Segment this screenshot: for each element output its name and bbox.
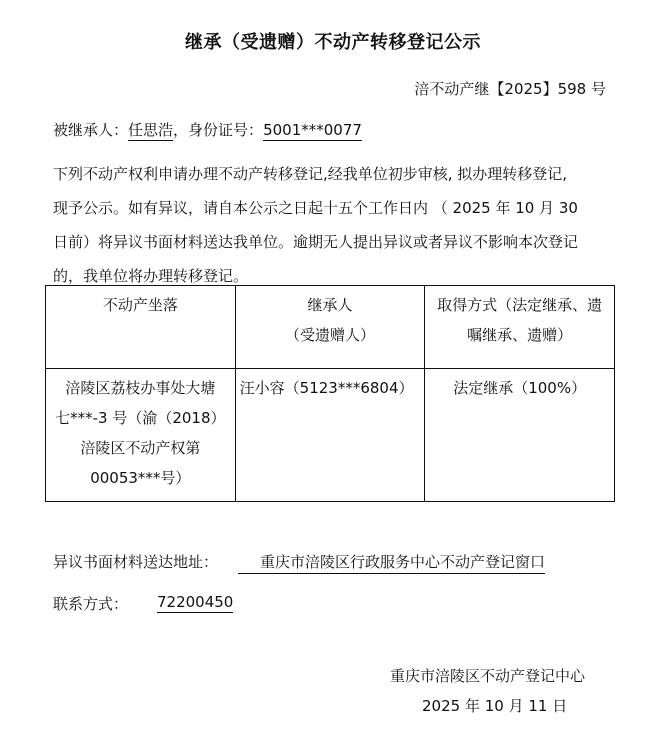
cell-text: 涪陵区荔枝办事处大塘 [50, 373, 231, 403]
cell-text: 汪小容（5123***6804） [240, 373, 421, 403]
decedent-id-number: 5001***0077 [263, 121, 362, 141]
objection-address-value: 重庆市涪陵区行政服务中心不动产登记窗口 [238, 551, 545, 574]
header-text: 嘱继承、遗赠） [429, 320, 610, 350]
paragraph-line: 日前）将异议书面材料送达我单位。逾期无人提出异议或者异议不影响本次登记 [53, 225, 613, 259]
header-heir: 继承人 （受遗赠人） [235, 286, 425, 369]
header-acquisition-method: 取得方式（法定继承、遗 嘱继承、遗赠） [425, 286, 615, 369]
cell-text: 涪陵区不动产权第 [50, 433, 231, 463]
cell-location: 涪陵区荔枝办事处大塘 七***-3 号（渝（2018） 涪陵区不动产权第 000… [46, 369, 236, 502]
issuing-organization: 重庆市涪陵区不动产登记中心 [390, 665, 585, 686]
header-location: 不动产坐落 [46, 286, 236, 369]
registration-table: 不动产坐落 继承人 （受遗赠人） 取得方式（法定继承、遗 嘱继承、遗赠） 涪陵区… [45, 285, 615, 502]
cell-acquisition: 法定继承（100%） [425, 369, 615, 502]
table-header-row: 不动产坐落 继承人 （受遗赠人） 取得方式（法定继承、遗 嘱继承、遗赠） [46, 286, 615, 369]
id-label: 身份证号： [188, 121, 263, 139]
cell-heir: 汪小容（5123***6804） [235, 369, 425, 502]
document-title: 继承（受遗赠）不动产转移登记公示 [0, 28, 666, 54]
separator: ， [173, 121, 188, 139]
notice-paragraph: 下列不动产权利申请办理不动产转移登记,经我单位初步审核, 拟办理转移登记, 现予… [53, 157, 613, 293]
paragraph-line: 现予公示。如有异议，请自本公示之日起十五个工作日内 （ 2025 年 10 月 … [53, 191, 613, 225]
contact-phone: 72200450 [157, 593, 233, 613]
paragraph-line: 下列不动产权利申请办理不动产转移登记,经我单位初步审核, 拟办理转移登记, [53, 157, 613, 191]
decedent-name: 任思浩 [128, 121, 173, 141]
document-number: 涪不动产继【2025】598 号 [414, 78, 606, 99]
header-text: （受遗赠人） [240, 320, 421, 350]
decedent-info: 被继承人：任思浩，身份证号：5001***0077 [53, 119, 362, 140]
table-row: 涪陵区荔枝办事处大塘 七***-3 号（渝（2018） 涪陵区不动产权第 000… [46, 369, 615, 502]
header-text: 继承人 [240, 290, 421, 320]
cell-text: 七***-3 号（渝（2018） [50, 403, 231, 433]
cell-text: 00053***号） [50, 463, 231, 493]
contact-label: 联系方式： [53, 593, 128, 614]
cell-text: 法定继承（100%） [429, 373, 610, 403]
issue-date: 2025 年 10 月 11 日 [422, 695, 567, 716]
decedent-label: 被继承人： [53, 121, 128, 139]
header-text: 取得方式（法定继承、遗 [429, 290, 610, 320]
header-text: 不动产坐落 [50, 290, 231, 320]
objection-address-label: 异议书面材料送达地址： [53, 551, 218, 572]
